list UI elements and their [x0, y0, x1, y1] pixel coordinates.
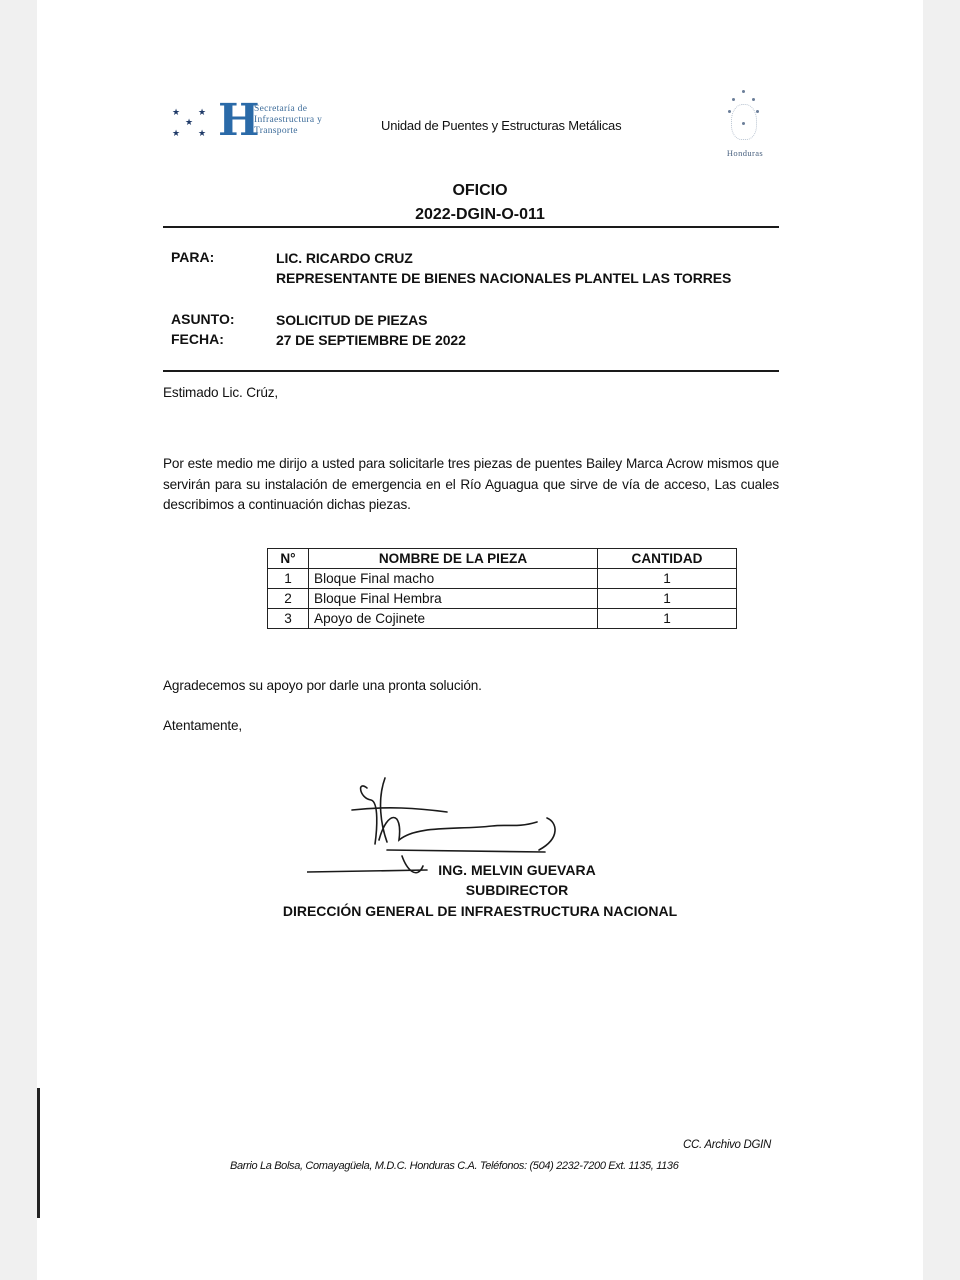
scan-edge-mark [37, 1088, 40, 1218]
table-row: 2 Bloque Final Hembra 1 [268, 589, 737, 609]
piece-name: Bloque Final Hembra [309, 589, 598, 609]
document-type: OFICIO [37, 182, 923, 200]
honduras-label: Honduras [715, 148, 775, 158]
request-paragraph: Por este medio me dirijo a usted para so… [163, 454, 779, 516]
column-header-number: N° [268, 549, 309, 569]
fecha-label: FECHA: [171, 331, 224, 347]
row-number: 2 [268, 589, 309, 609]
piece-name: Bloque Final macho [309, 569, 598, 589]
ministry-name: Secretaría de Infraestructura y Transpor… [254, 104, 322, 137]
footer-address: Barrio La Bolsa, Comayagüela, M.D.C. Hon… [230, 1160, 678, 1172]
row-number: 3 [268, 609, 309, 629]
table-row: 1 Bloque Final macho 1 [268, 569, 737, 589]
salutation: Estimado Lic. Crúz, [163, 383, 779, 404]
table-row: 3 Apoyo de Cojinete 1 [268, 609, 737, 629]
column-header-quantity: CANTIDAD [598, 549, 737, 569]
five-stars-icon: ★ ★ ★ ★ ★ [170, 106, 216, 142]
closing-text: Agradecemos su apoyo por darle una pront… [163, 676, 779, 697]
para-title: REPRESENTANTE DE BIENES NACIONALES PLANT… [276, 270, 731, 286]
table-header-row: N° NOMBRE DE LA PIEZA CANTIDAD [268, 549, 737, 569]
para-name: LIC. RICARDO CRUZ [276, 250, 413, 266]
row-number: 1 [268, 569, 309, 589]
piece-name: Apoyo de Cojinete [309, 609, 598, 629]
cc-note: CC. Archivo DGIN [683, 1139, 771, 1151]
piece-quantity: 1 [598, 589, 737, 609]
signer-name: ING. MELVIN GUEVARA [74, 862, 960, 878]
asunto-value: SOLICITUD DE PIEZAS [276, 312, 427, 328]
unit-title: Unidad de Puentes y Estructuras Metálica… [381, 118, 621, 133]
document-page: ★ ★ ★ ★ ★ H Secretaría de Infraestructur… [37, 0, 923, 1280]
fecha-value: 27 DE SEPTIEMBRE DE 2022 [276, 332, 466, 348]
divider [163, 226, 779, 228]
document-number: 2022-DGIN-O-011 [37, 206, 923, 224]
ministry-logo: ★ ★ ★ ★ ★ H Secretaría de Infraestructur… [170, 100, 360, 150]
piece-quantity: 1 [598, 569, 737, 589]
divider [163, 370, 779, 372]
signer-department: DIRECCIÓN GENERAL DE INFRAESTRUCTURA NAC… [37, 903, 923, 919]
piece-quantity: 1 [598, 609, 737, 629]
honduras-emblem-icon: Honduras [709, 88, 779, 163]
column-header-piece-name: NOMBRE DE LA PIEZA [309, 549, 598, 569]
pieces-table: N° NOMBRE DE LA PIEZA CANTIDAD 1 Bloque … [267, 548, 737, 629]
farewell-text: Atentamente, [163, 716, 779, 737]
para-label: PARA: [171, 249, 214, 265]
asunto-label: ASUNTO: [171, 311, 235, 327]
signer-position: SUBDIRECTOR [74, 882, 960, 898]
